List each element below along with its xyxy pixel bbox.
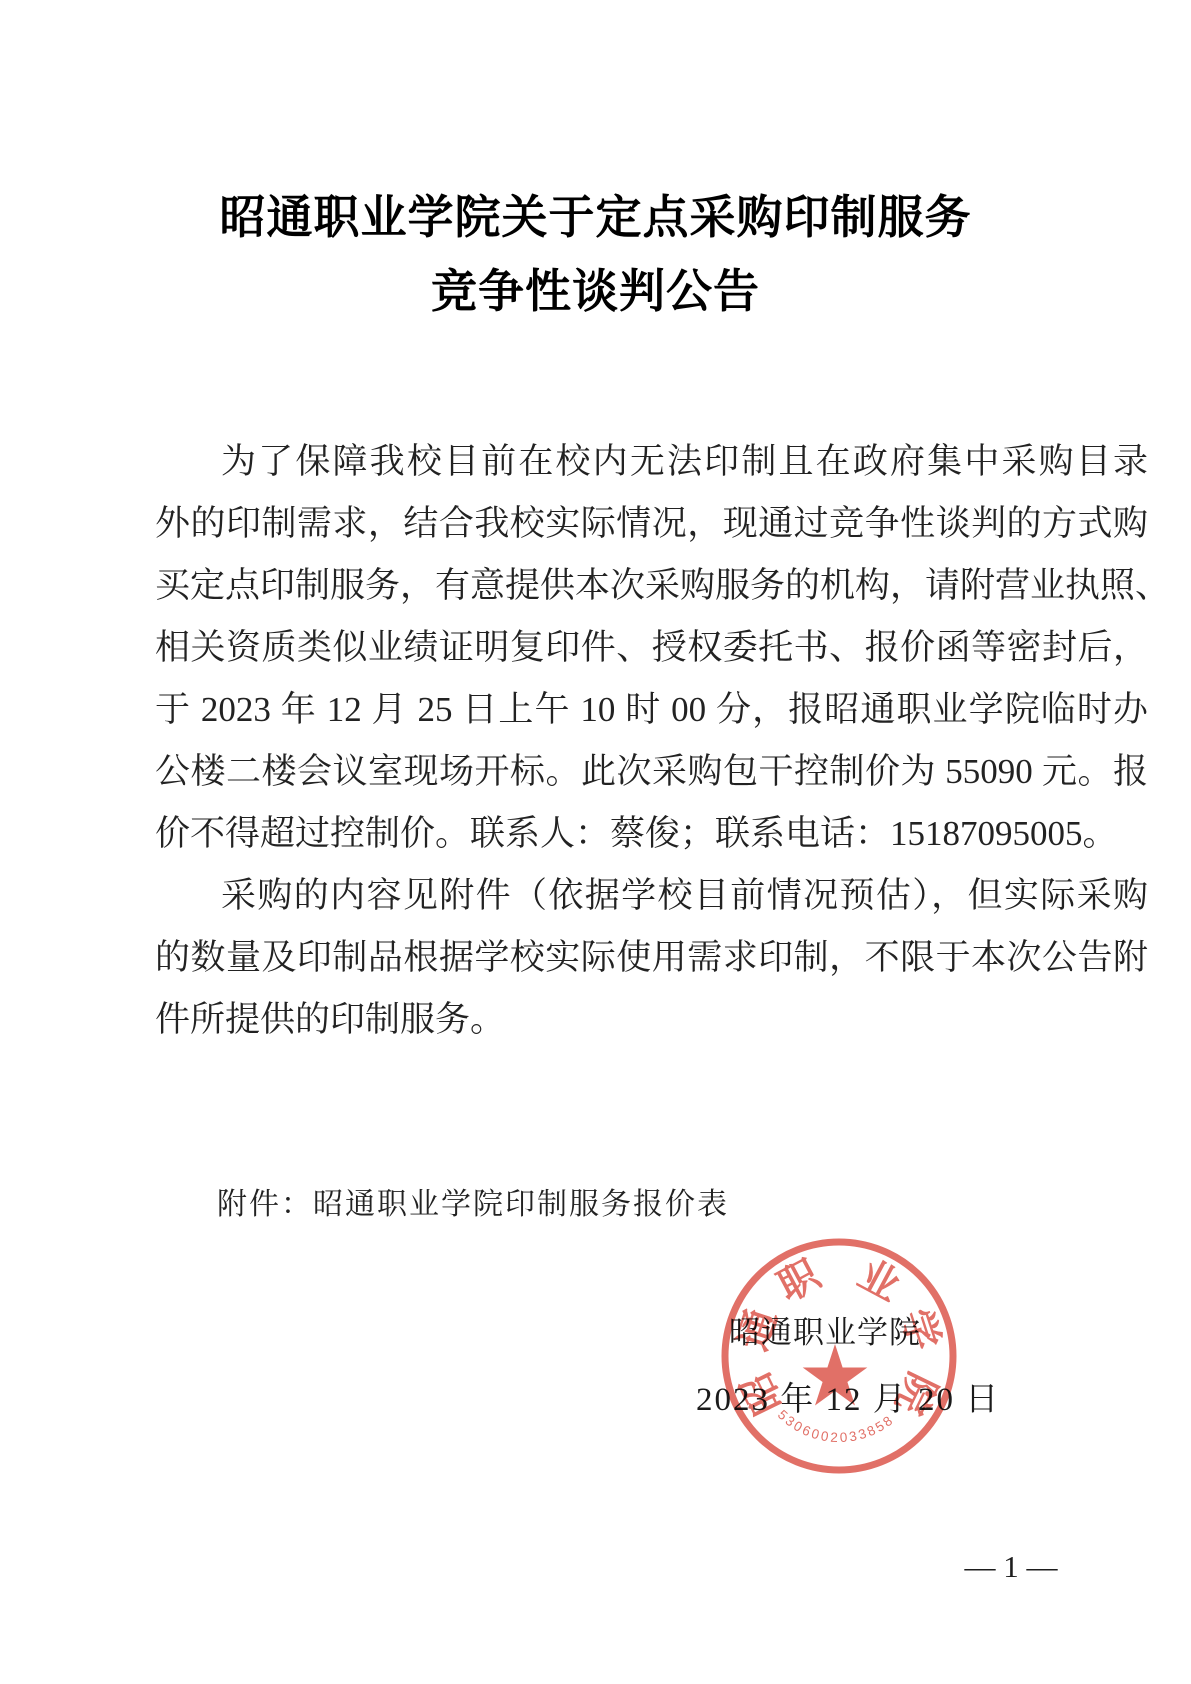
stamp-arc-text: 昭 通 职 业 学 院 <box>731 1252 947 1421</box>
paragraph-1-line: 外的印制需求，结合我校实际情况，现通过竞争性谈判的方式购 <box>155 493 1148 555</box>
paragraph-1-line: 买定点印制服务，有意提供本次采购服务的机构，请附营业执照、 <box>155 555 1148 617</box>
stamp-code-text: 5306002033858 <box>775 1407 897 1445</box>
stamp-code: 5306002033858 <box>775 1407 897 1445</box>
paragraph-1-line: 价不得超过控制价。联系人：蔡俊；联系电话：15187095005。 <box>155 803 1148 865</box>
paragraph-2-line: 件所提供的印制服务。 <box>155 989 1148 1051</box>
title-line-1: 昭通职业学院关于定点采购印制服务 <box>0 180 1191 254</box>
document-title: 昭通职业学院关于定点采购印制服务 竞争性谈判公告 <box>0 180 1191 328</box>
document-page: 昭通职业学院关于定点采购印制服务 竞争性谈判公告 为了保障我校目前在校内无法印制… <box>0 0 1191 1684</box>
paragraph-1-line: 为了保障我校目前在校内无法印制且在政府集中采购目录 <box>155 431 1148 493</box>
paragraph-1-line: 于 2023 年 12 月 25 日上午 10 时 00 分，报昭通职业学院临时… <box>155 679 1148 741</box>
official-seal-stamp-icon: 昭 通 职 业 学 院 5306002033858 <box>709 1226 969 1486</box>
attachment-line: 附件：昭通职业学院印制服务报价表 <box>155 1176 1148 1234</box>
page-number: — 1 — <box>926 1549 1096 1585</box>
paragraph-2-line: 的数量及印制品根据学校实际使用需求印制，不限于本次公告附 <box>155 927 1148 989</box>
paragraph-1-line: 相关资质类似业绩证明复印件、授权委托书、报价函等密封后， <box>155 617 1148 679</box>
title-line-2: 竞争性谈判公告 <box>0 254 1191 328</box>
stamp-arc-char: 学 <box>893 1304 947 1356</box>
document-body: 为了保障我校目前在校内无法印制且在政府集中采购目录 外的印制需求，结合我校实际情… <box>155 431 1148 1051</box>
stamp-arc-char: 通 <box>731 1304 785 1356</box>
stamp-star-icon <box>803 1344 868 1406</box>
paragraph-2-line: 采购的内容见附件（依据学校目前情况预估），但实际采购 <box>155 865 1148 927</box>
paragraph-1-line: 公楼二楼会议室现场开标。此次采购包干控制价为 55090 元。报 <box>155 741 1148 803</box>
